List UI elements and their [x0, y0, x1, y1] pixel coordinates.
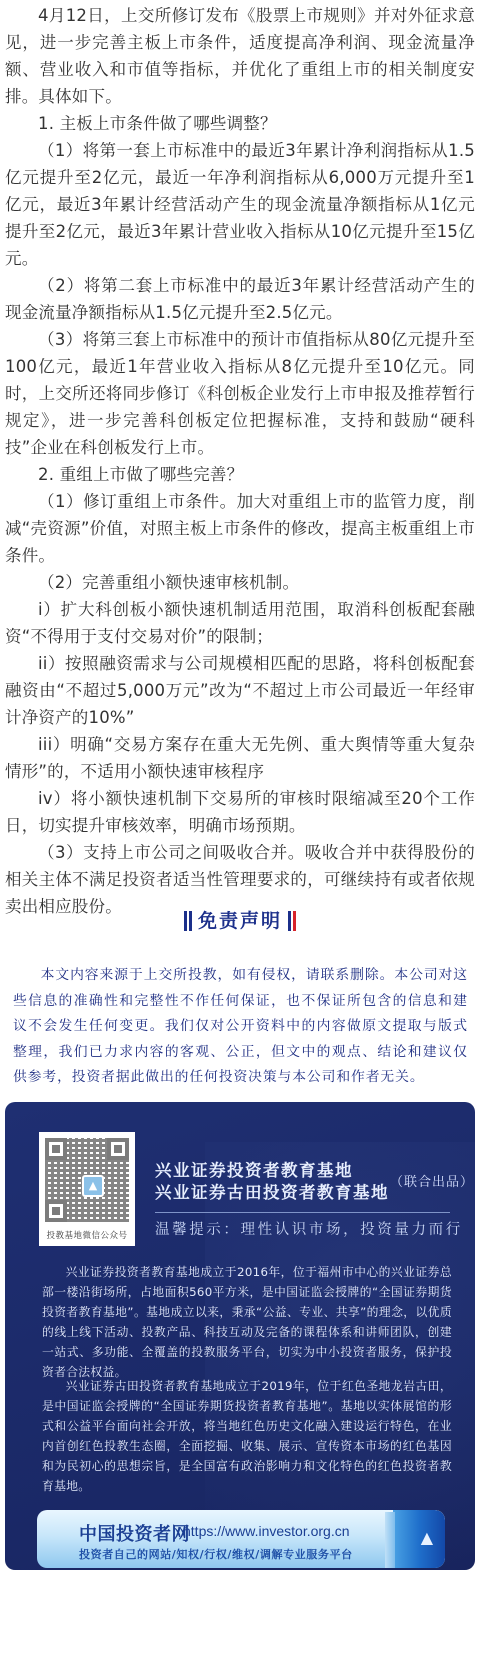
investor-website-link[interactable]: 中国投资者网 https://www.investor.org.cn 投资者自己…: [37, 1510, 445, 1568]
intro-xingye: 兴业证券投资者教育基地成立于2016年，位于福州市中心的兴业证券总部一楼沿街场所…: [42, 1262, 452, 1382]
investor-education-banner: ▲ 投教基地微信公众号 兴业证券投资者教育基地 兴业证券古田投资者教育基地 （联…: [5, 1102, 475, 1570]
article-paragraph: （2）将第二套上市标准中的最近3年累计经营活动产生的现金流量净额指标从1.5亿元…: [5, 272, 475, 326]
article-paragraph: ii）按照融资需求与公司规模相匹配的思路，将科创板配套融资由“不超过5,000万…: [5, 650, 475, 731]
section-heading-main-board: 1. 主板上市条件做了哪些调整？: [5, 110, 475, 137]
title-bars-left-decoration: [184, 911, 192, 931]
warm-tip: 温馨提示：理性认识市场，投资量力而行: [155, 1218, 463, 1239]
article-paragraph: （3）将第三套上市标准中的预计市值指标从80亿元提升至100亿元，最近1年营业收…: [5, 326, 475, 461]
qr-caption: 投教基地微信公众号: [45, 1229, 129, 1241]
investor-site-name: 中国投资者网: [79, 1520, 190, 1546]
intro-gutian: 兴业证券古田投资者教育基地成立于2019年，位于红色圣地龙岩古田，是中国证监会授…: [42, 1376, 452, 1496]
graduation-cap-icon: ▲: [421, 1528, 433, 1547]
disclaimer-text: 本文内容来源于上交所投教，如有侵权，请联系删除。本公司对这些信息的准确性和完整性…: [13, 963, 468, 1091]
article-paragraph: i）扩大科创板小额快速机制适用范围，取消科创板配套融资“不得用于支付交易对价”的…: [5, 596, 475, 650]
intro-paragraph: 兴业证券古田投资者教育基地成立于2019年，位于红色圣地龙岩古田，是中国证监会授…: [42, 1376, 452, 1496]
divider: [155, 1212, 450, 1213]
article-body: 4月12日，上交所修订发布《股票上市规则》并对外征求意见，进一步完善主板上市条件…: [5, 2, 475, 920]
article-intro-paragraph: 4月12日，上交所修订发布《股票上市规则》并对外征求意见，进一步完善主板上市条件…: [5, 2, 475, 110]
disclaimer-title: 免责声明: [198, 906, 282, 936]
article-paragraph: iii）明确“交易方案存在重大无先例、重大舆情等重大复杂情形”的，不适用小额快速…: [5, 731, 475, 785]
intro-paragraph: 兴业证券投资者教育基地成立于2016年，位于福州市中心的兴业证券总部一楼沿街场所…: [42, 1262, 452, 1382]
disclaimer-paragraph: 本文内容来源于上交所投教，如有侵权，请联系删除。本公司对这些信息的准确性和完整性…: [13, 963, 468, 1091]
graduation-cap-icon: ▲: [82, 1175, 104, 1197]
article-paragraph: iv）将小额快速机制下交易所的审核时限缩减至20个工作日，切实提升审核效率，明确…: [5, 785, 475, 839]
wechat-qr-code[interactable]: ▲ 投教基地微信公众号: [39, 1132, 135, 1246]
investor-site-slogan: 投资者自己的网站/知权/行权/维权/调解专业服务平台: [79, 1546, 353, 1562]
title-bars-right-decoration: [288, 911, 296, 931]
article-paragraph: （2）完善重组小额快速审核机制。: [5, 569, 475, 596]
section-heading-restructuring: 2. 重组上市做了哪些完善？: [5, 461, 475, 488]
article-paragraph: （1）将第一套上市标准中的最近3年累计净利润指标从1.5亿元提升至2亿元，最近一…: [5, 137, 475, 272]
qr-code-pattern: ▲: [45, 1138, 129, 1222]
investor-site-url[interactable]: https://www.investor.org.cn: [183, 1523, 350, 1539]
joint-production-label: （联合出品）: [390, 1171, 474, 1190]
article-paragraph: （1）修订重组上市条件。加大对重组上市的监管力度，削减“壳资源”价值，对照主板上…: [5, 488, 475, 569]
disclaimer-heading: 免责声明: [0, 906, 480, 936]
book-graphic: ▲: [393, 1510, 445, 1568]
